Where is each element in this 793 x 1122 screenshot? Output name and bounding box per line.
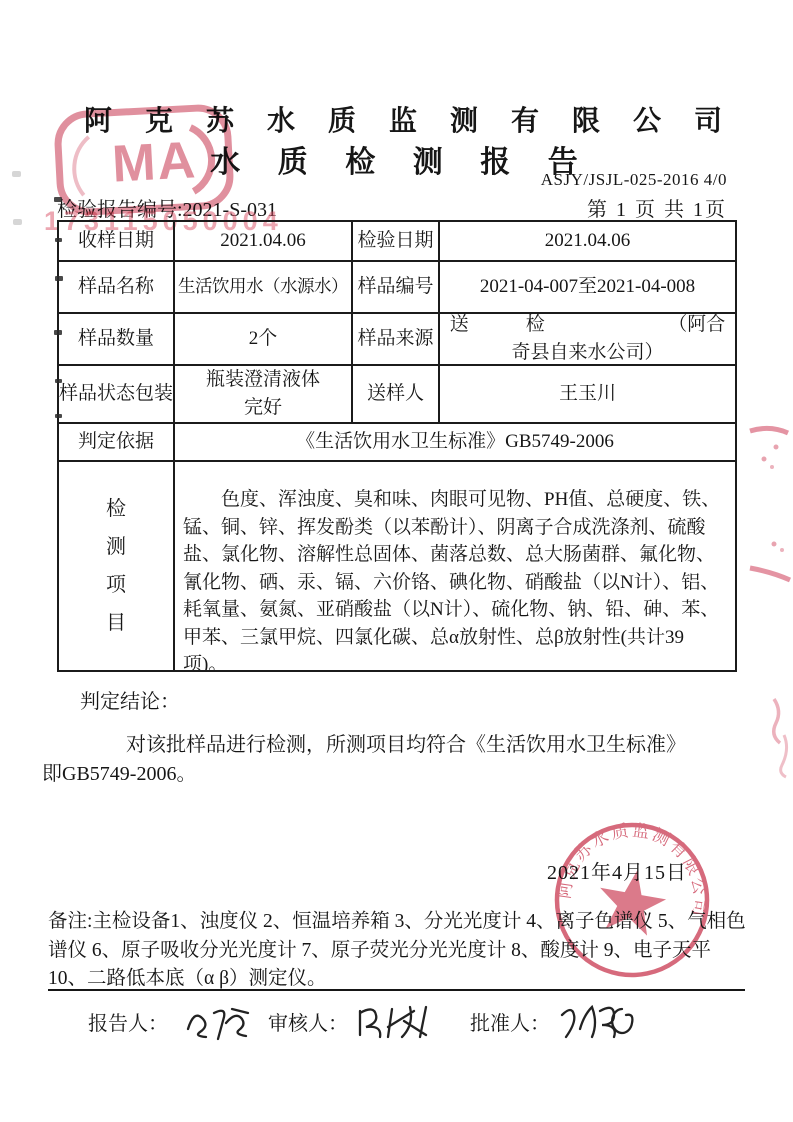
label-sample-quantity: 样品数量 (59, 312, 173, 364)
report-page: 阿 克 苏 水 质 监 测 有 限 公 司 水 质 检 测 报 告 ASJY/J… (0, 0, 793, 1122)
ma-stamp-text: MA (111, 131, 199, 193)
scan-artifact (55, 414, 62, 418)
conclusion-label: 判定结论： (80, 685, 180, 714)
value-sample-name: 生活饮用水（水源水） (173, 260, 351, 312)
value-test-date: 2021.04.06 (438, 222, 735, 260)
scan-artifact (55, 238, 62, 242)
approver-label: 批准人： (470, 1007, 550, 1036)
sample-info-table: 收样日期 2021.04.06 检验日期 2021.04.06 样品名称 生活饮… (57, 220, 737, 672)
scan-artifact (54, 330, 62, 335)
label-receive-date: 收样日期 (59, 222, 173, 260)
reporter-label: 报告人： (88, 1007, 168, 1036)
signature-row: 报告人： 审核人： 批准人： (0, 1001, 793, 1043)
reviewer-signature (352, 1001, 444, 1043)
label-sample-number: 样品编号 (351, 260, 438, 312)
signature-divider-line (48, 989, 745, 991)
label-test-date: 检验日期 (351, 222, 438, 260)
scan-artifact (55, 379, 62, 383)
conclusion-text: 对该批样品进行检测，所测项目均符合《生活饮用水卫生标准》即GB5749-2006… (42, 731, 682, 789)
reporter-signature (180, 1001, 265, 1043)
value-sample-quantity: 2个 (173, 312, 351, 364)
label-sample-source: 样品来源 (351, 312, 438, 364)
label-judgment-basis: 判定依据 (59, 422, 173, 460)
scan-smudge (13, 219, 22, 225)
label-sample-sender: 送样人 (351, 364, 438, 422)
scan-artifact (54, 197, 62, 202)
page-number-info: 第 1 页 共 1页 (587, 193, 727, 222)
value-receive-date: 2021.04.06 (173, 222, 351, 260)
value-test-items: 色度、浑浊度、臭和味、肉眼可见物、PH值、总硬度、铁、锰、铜、锌、挥发酚类（以苯… (173, 460, 735, 670)
document-code: ASJY/JSJL-025-2016 4/0 (541, 170, 727, 190)
label-sample-condition: 样品状态包装 (59, 364, 173, 422)
reviewer-label: 审核人： (268, 1007, 348, 1036)
value-sample-sender: 王玉川 (438, 364, 735, 422)
red-bleed-mark (744, 536, 793, 594)
notes-equipment-list: 备注:主检设备1、浊度仪 2、恒温培养箱 3、分光光度计 4、离子色谱仪 5、气… (48, 908, 748, 994)
value-sample-condition: 瓶装澄清液体完好 (173, 364, 351, 422)
test-items-vertical-label: 检测项目 (102, 490, 130, 642)
label-test-items: 检测项目 (59, 460, 173, 670)
cma-accreditation-stamp-icon: MA (49, 99, 239, 220)
value-sample-number: 2021-04-007至2021-04-008 (438, 260, 735, 312)
value-judgment-basis: 《生活饮用水卫生标准》GB5749-2006 (173, 422, 735, 460)
approver-signature (556, 1001, 646, 1043)
red-bleed-mark (746, 423, 792, 473)
scan-smudge (12, 171, 21, 177)
value-sample-source: 送 检 （阿合奇县自来水公司） (438, 312, 735, 364)
red-bleed-mark (762, 695, 792, 780)
scan-artifact (55, 276, 63, 281)
label-sample-name: 样品名称 (59, 260, 173, 312)
